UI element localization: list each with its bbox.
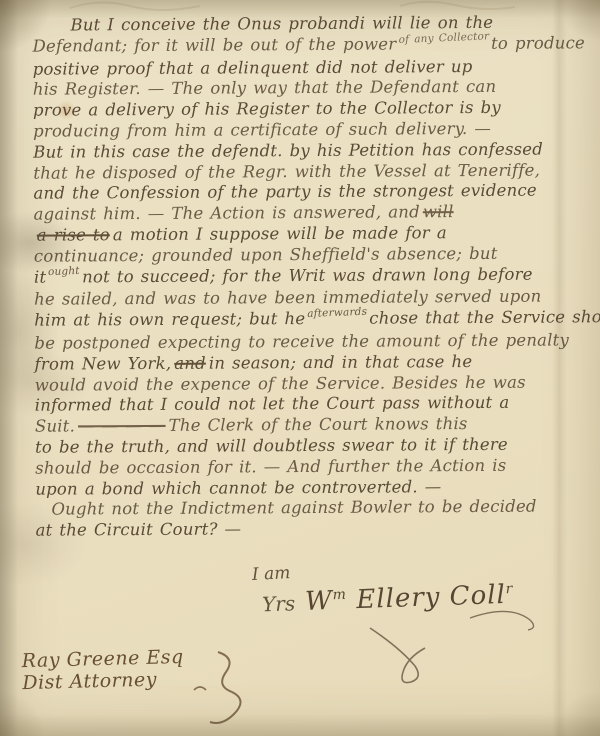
line-text: But in this case the defendt. by his Pet…: [33, 139, 543, 161]
strikethrough-text: a rise to: [37, 225, 110, 244]
line-text: a motion I suppose will be made for a: [113, 223, 447, 244]
line-text: to be the truth, and will doubtless swea…: [35, 435, 508, 457]
line-text: positive proof that a delinquent did not…: [33, 57, 473, 79]
letter-line: him at his own request; but heafterwards…: [34, 307, 582, 333]
line-text: from New York,: [34, 354, 171, 374]
line-text: against him. — The Action is answered, a…: [34, 202, 420, 223]
line-text: Ought not the Indictment against Bowler …: [51, 497, 536, 519]
line-text: his Register. — The only way that the De…: [33, 77, 497, 99]
line-text: that he disposed of the Regr. with the V…: [33, 160, 540, 182]
line-text: would avoid the expence of the Service. …: [35, 372, 526, 394]
line-text: Defendant; for it will be out of the pow…: [33, 34, 397, 55]
line-text: at the Circuit Court? —: [35, 520, 241, 540]
line-text: not to succeed; for the Writ was drawn l…: [82, 264, 533, 286]
inserted-word: of any Collector: [398, 26, 490, 51]
line-text: chose that the Service should: [369, 307, 600, 328]
line-text: Suit.: [35, 417, 75, 436]
strikethrough-text: and: [174, 353, 206, 372]
line-text: him at his own request; but he: [34, 309, 305, 330]
line-text: be postponed expecting to receive the am…: [34, 330, 569, 352]
line-text: in season; and in that case he: [209, 352, 473, 373]
line-text: continuance; grounded upon Sheffield's a…: [34, 244, 498, 266]
letter-body: But I conceive the Onus probandi will li…: [32, 12, 583, 541]
closing-salutation: I am: [252, 563, 291, 585]
letter-line: at the Circuit Court? —: [35, 517, 583, 541]
inserted-word: afterwards: [307, 302, 368, 325]
line-text: upon a bond which cannot be controverted…: [35, 477, 441, 498]
line-text: should be occasion for it. — And further…: [35, 456, 506, 478]
signature-superscript: m: [332, 587, 347, 603]
address-flourish: [188, 646, 268, 736]
line-text: informed that I could not let the Court …: [35, 393, 510, 415]
strikethrough-text: will: [423, 202, 454, 221]
addressee-title: Dist Attorney: [22, 668, 184, 694]
line-text: producing from him a certificate of such…: [33, 119, 491, 141]
line-text: and the Confession of the party is the s…: [33, 181, 536, 203]
strikethrough-text: — — — —: [78, 416, 166, 436]
inserted-word: ought: [48, 260, 81, 282]
line-text: to produce: [491, 33, 585, 53]
signature-superscript: r: [505, 581, 513, 597]
letter-line: itoughtnot to succeed; for the Writ was …: [34, 264, 582, 290]
line-text: he sailed, and was to have been immediat…: [34, 287, 541, 309]
line-text: prove a delivery of his Register to the …: [33, 98, 501, 120]
line-text: it: [34, 267, 46, 286]
manuscript-page: But I conceive the Onus probandi will li…: [0, 0, 600, 736]
line-text: The Clerk of the Court knows this: [169, 414, 468, 435]
letter-line: Defendant; for it will be out of the pow…: [33, 33, 581, 59]
address-block: Ray Greene Esq Dist Attorney: [21, 646, 184, 694]
